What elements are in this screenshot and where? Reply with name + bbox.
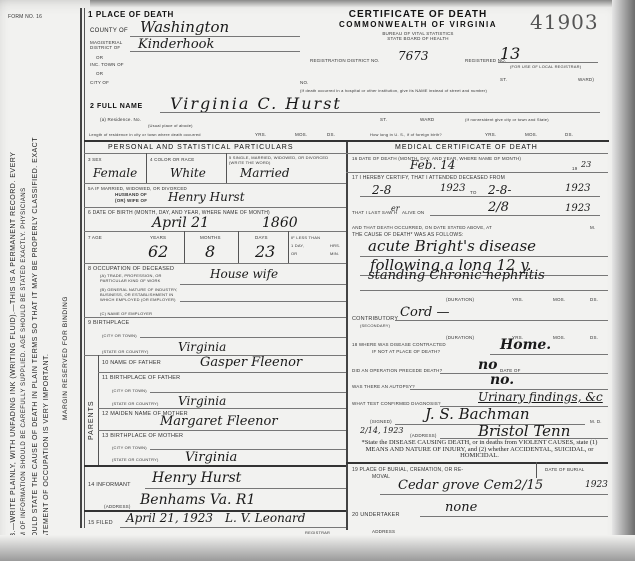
commonwealth-title: Commonwealth of Virginia bbox=[318, 20, 518, 29]
row-line bbox=[84, 183, 346, 184]
filed-line bbox=[120, 527, 346, 528]
margin-instructions: N. B.—Write plainly, with unfading ink (… bbox=[8, 28, 52, 548]
color-label: 4 Color or Race bbox=[150, 157, 195, 162]
md-label: M. D. bbox=[590, 419, 602, 424]
margin-line-2: item of information should be carefully … bbox=[19, 28, 30, 548]
father-label: 10 Name of Father bbox=[102, 360, 161, 366]
registration-district-label: Registration District No. bbox=[310, 58, 380, 63]
column-divider bbox=[346, 140, 348, 530]
duration-label-2: (duration) bbox=[446, 335, 474, 340]
dob-value: April 21 bbox=[152, 215, 209, 231]
row-line bbox=[84, 317, 346, 318]
last-saw-year: 1923 bbox=[565, 203, 590, 214]
section-line bbox=[84, 465, 346, 467]
burial-label: 19 Place of Burial, Cremation, or Re- bbox=[352, 467, 463, 473]
section-line bbox=[84, 510, 346, 512]
father-city-line bbox=[150, 392, 346, 393]
operation-value: no bbox=[478, 357, 498, 373]
age-days-label: Days bbox=[255, 235, 268, 240]
dod-value: Feb. 14 bbox=[410, 158, 455, 172]
board-label: State Board of Health bbox=[318, 36, 518, 41]
attended-from-year: 1923 bbox=[440, 183, 465, 194]
full-name-line bbox=[160, 112, 600, 113]
dob-year: 1860 bbox=[262, 215, 298, 231]
scan-shadow-top bbox=[90, 0, 635, 8]
contributory-line bbox=[395, 320, 608, 321]
birthplace-city-line bbox=[140, 337, 346, 338]
personal-heading: Personal and Statistical Particulars bbox=[108, 144, 294, 151]
autopsy-value: no. bbox=[490, 372, 514, 388]
dod-year-prefix: 19 bbox=[572, 166, 577, 171]
father-state-value: Virginia bbox=[178, 394, 226, 408]
section-line bbox=[346, 462, 608, 464]
spouse-value: Henry Hurst bbox=[168, 190, 245, 204]
autopsy-label: Was there an autopsy? bbox=[352, 384, 415, 389]
certificate-title: Certificate of Death bbox=[318, 9, 518, 20]
cause-line-1: acute Bright's disease bbox=[368, 237, 536, 255]
spouse-label-3: (or) Wife of bbox=[115, 198, 147, 203]
signed-label: (Signed) bbox=[370, 419, 392, 424]
alive-on-label: alive on bbox=[402, 210, 424, 215]
age-months-label: Months bbox=[200, 235, 221, 240]
row-line bbox=[84, 263, 346, 264]
m-label: M. bbox=[590, 225, 595, 230]
burial-year-value: 1923 bbox=[585, 480, 608, 490]
last-saw-line bbox=[430, 215, 600, 216]
birthplace-label: 9 Birthplace bbox=[88, 320, 129, 326]
occupation-line bbox=[180, 284, 346, 285]
last-saw-pronoun: er bbox=[391, 204, 400, 213]
sex-divider bbox=[146, 153, 147, 183]
margin-line-1: N. B.—Write plainly, with unfading ink (… bbox=[8, 28, 19, 548]
signed-date: 2/14, 1923 bbox=[360, 426, 403, 435]
undertaker-address-label: Address bbox=[372, 529, 395, 534]
ds-label: ds. bbox=[327, 132, 335, 137]
informant-label: 14 Informant bbox=[88, 482, 131, 488]
age-years-value: 62 bbox=[148, 242, 168, 261]
st-label: St. bbox=[500, 77, 507, 82]
burial-date-label: Date of Burial bbox=[545, 467, 584, 472]
min-label: min. bbox=[330, 251, 339, 256]
spouse-label-2: Husband of bbox=[115, 192, 147, 197]
one-day-label: 1 day, bbox=[291, 243, 304, 248]
where-contracted-label: 18 Where was disease contracted bbox=[352, 342, 446, 347]
county-label: County of bbox=[90, 28, 128, 34]
us-ds-label: ds. bbox=[565, 132, 573, 137]
no-label: No. bbox=[300, 80, 309, 85]
duration-mos-2: mos. bbox=[553, 335, 565, 340]
row-line bbox=[84, 207, 346, 208]
undertaker-value: none bbox=[445, 500, 477, 515]
burial-line bbox=[380, 494, 608, 495]
hospital-note: (If death occurred in a hospital or othe… bbox=[300, 88, 487, 93]
contributory-value: Cord — bbox=[400, 305, 449, 320]
scan-shadow-right bbox=[612, 0, 635, 561]
certify-label: 17 I hereby certify, That I attended dec… bbox=[352, 175, 505, 181]
row-line bbox=[84, 231, 346, 232]
hrs-label: hrs. bbox=[330, 243, 340, 248]
us-residence-label: How long in U. S., if of foreign birth? bbox=[370, 132, 442, 137]
informant-address-value: Benhams Va. R1 bbox=[140, 492, 255, 508]
district-value: Kinderhook bbox=[138, 37, 214, 52]
attended-from: 2-8 bbox=[372, 183, 391, 197]
or-label: or bbox=[291, 251, 297, 256]
attended-to-year: 1923 bbox=[565, 183, 590, 194]
district-line bbox=[130, 51, 300, 52]
where-line bbox=[490, 354, 608, 355]
row-line bbox=[98, 408, 346, 409]
to-label: to bbox=[470, 190, 477, 195]
last-saw-date: 2/8 bbox=[488, 200, 509, 215]
burial-date-value: 2/15 bbox=[514, 478, 543, 493]
cause-line-3: standing Chronic nephritis bbox=[368, 268, 545, 283]
where-contracted-value: Home. bbox=[500, 337, 551, 353]
where-contracted-label-2: if not at place of death? bbox=[372, 349, 440, 354]
informant-line bbox=[145, 488, 346, 489]
margin-line-4: statement of occupation is very importan… bbox=[41, 28, 52, 548]
age-divider bbox=[238, 231, 239, 263]
less-than-label: If less than bbox=[291, 235, 320, 240]
attended-line bbox=[360, 196, 600, 197]
full-name-value: Virginia C. Hurst bbox=[170, 94, 342, 113]
dod-year: 23 bbox=[581, 160, 591, 169]
cause-footnote: *State the DISEASE CAUSING DEATH, or in … bbox=[352, 440, 607, 460]
age-divider bbox=[288, 231, 289, 263]
certificate-header: Certificate of Death Commonwealth of Vir… bbox=[318, 9, 518, 41]
death-certificate-page: N. B.—Write plainly, with unfading ink (… bbox=[0, 0, 635, 561]
personal-heading-line bbox=[84, 153, 346, 154]
or-label: or bbox=[96, 55, 103, 60]
burial-label-2: moval bbox=[372, 474, 390, 480]
filed-date-value: April 21, 1923 bbox=[126, 511, 213, 525]
filed-label: 15 Filed bbox=[88, 520, 113, 526]
binding-margin-label: MARGIN RESERVED FOR BINDING bbox=[62, 296, 69, 420]
operation-label: Did an operation precede death? bbox=[352, 368, 442, 373]
contributory-label: Contributory bbox=[352, 316, 398, 322]
us-mos-label: mos. bbox=[525, 132, 537, 137]
industry-line bbox=[180, 301, 346, 302]
residence-st: St. bbox=[380, 117, 387, 122]
age-label: 7 Age bbox=[88, 235, 102, 240]
medical-heading-line bbox=[346, 153, 608, 154]
age-divider bbox=[184, 231, 185, 263]
father-value: Gasper Fleenor bbox=[200, 355, 302, 370]
physician-address-label: (Address) bbox=[410, 433, 437, 438]
mother-state-value: Virginia bbox=[185, 450, 237, 465]
medical-heading: Medical Certificate of Death bbox=[395, 144, 538, 151]
physician-signature: J. S. Bachman bbox=[425, 405, 530, 423]
attended-to: 2-8- bbox=[488, 183, 511, 197]
yrs-label: yrs. bbox=[255, 132, 266, 137]
duration-label: (duration) bbox=[446, 297, 474, 302]
us-yrs-label: yrs. bbox=[485, 132, 496, 137]
full-name-label: 2 Full Name bbox=[90, 103, 143, 110]
burial-divider bbox=[536, 462, 537, 478]
or-label: or bbox=[96, 71, 103, 76]
ward-label: Ward) bbox=[578, 77, 594, 82]
diagnosis-value: Urinary findings, &c bbox=[478, 390, 603, 404]
duration-mos: mos. bbox=[553, 297, 565, 302]
occ-a-label-2: particular kind of work bbox=[100, 278, 160, 283]
mother-birthplace-label: 13 Birthplace of Mother bbox=[102, 433, 183, 439]
form-number: Form No. 16 bbox=[8, 14, 42, 20]
duration-ds-2: ds. bbox=[590, 335, 598, 340]
registered-line bbox=[498, 62, 598, 63]
county-value: Washington bbox=[140, 18, 229, 36]
registration-district-value: 7673 bbox=[398, 49, 429, 63]
row-line bbox=[346, 172, 608, 173]
death-occurred-label: And that death occurred, on date stated … bbox=[352, 225, 492, 230]
mos-label: mos. bbox=[295, 132, 307, 137]
undertaker-label: 20 Undertaker bbox=[352, 512, 400, 518]
marital-value: Married bbox=[240, 166, 290, 180]
form-left-border bbox=[80, 8, 82, 528]
birthplace-city-label: (city or town) bbox=[102, 333, 137, 338]
occupation-value: House wife bbox=[210, 267, 278, 281]
scan-shadow-bottom bbox=[0, 535, 635, 561]
age-days-value: 23 bbox=[255, 242, 275, 261]
informant-value: Henry Hurst bbox=[152, 470, 241, 486]
father-city-label: (city or town) bbox=[112, 388, 147, 393]
sex-label: 3 Sex bbox=[88, 157, 102, 162]
form-left-border-inner bbox=[84, 8, 85, 528]
occ-b-label-3: which employed (or employer) bbox=[100, 297, 176, 302]
color-value: White bbox=[170, 166, 206, 180]
burial-place-value: Cedar grove Cem. bbox=[398, 478, 518, 493]
city-label: City of bbox=[90, 80, 109, 85]
registrar-caption: (For use of local registrar) bbox=[510, 64, 581, 69]
birthplace-state-value: Virginia bbox=[178, 340, 226, 354]
length-residence-label: Length of residence in city or town wher… bbox=[89, 132, 201, 137]
residence-label: (a) Residence. No. bbox=[100, 117, 141, 122]
duration-ds: ds. bbox=[590, 297, 598, 302]
mother-city-line bbox=[150, 449, 346, 450]
mother-value: Margaret Fleenor bbox=[160, 414, 278, 429]
margin-line-3: should state the cause of death in plain… bbox=[30, 28, 41, 548]
parents-label: PARENTS bbox=[88, 400, 95, 440]
section-divider bbox=[84, 140, 609, 142]
age-years-label: Years bbox=[150, 235, 166, 240]
mother-city-label: (city or town) bbox=[112, 445, 147, 450]
informant-address-label: (Address) bbox=[104, 504, 131, 509]
marital-label: 5 Single, Married, Widowed, or Divorced … bbox=[229, 155, 339, 165]
secondary-label: (Secondary) bbox=[360, 323, 390, 328]
residence-caption: (Usual place of abode) bbox=[148, 123, 193, 128]
nonresident-note: (If nonresident give city or town and St… bbox=[465, 117, 549, 122]
father-birthplace-label: 11 Birthplace of Father bbox=[102, 375, 180, 381]
registrar-signature: L. V. Leonard bbox=[225, 511, 305, 525]
duration-yrs: yrs. bbox=[512, 297, 523, 302]
residence-ward: Ward bbox=[420, 117, 434, 122]
operation-line bbox=[440, 373, 608, 374]
color-divider bbox=[226, 153, 227, 183]
registered-no-value: 13 bbox=[500, 44, 520, 63]
row-line bbox=[98, 430, 346, 431]
occupation-label: 8 Occupation of Deceased bbox=[88, 266, 174, 272]
undertaker-line bbox=[420, 516, 608, 517]
town-label: Inc. Town of bbox=[90, 62, 124, 67]
occ-c-label: (c) Name of employer bbox=[100, 311, 152, 316]
mother-state-label: (state or country) bbox=[112, 457, 159, 462]
father-state-label: (state or country) bbox=[112, 401, 159, 406]
certificate-number: 41903 bbox=[530, 10, 599, 34]
cause-line bbox=[360, 290, 608, 291]
sex-value: Female bbox=[93, 166, 137, 180]
row-line bbox=[98, 372, 346, 373]
age-months-value: 8 bbox=[205, 242, 215, 261]
district-label: Magisterial District of bbox=[90, 40, 130, 50]
birthplace-state-label: (state or country) bbox=[102, 349, 149, 354]
